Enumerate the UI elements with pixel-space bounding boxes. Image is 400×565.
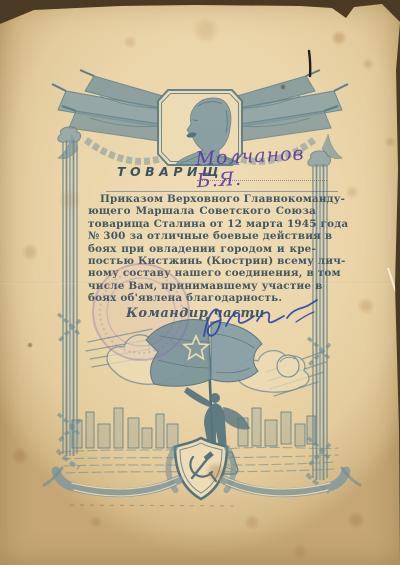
pen-mark (309, 51, 310, 76)
paper-sheet: ТОВАРИЩ Молчанов Б.Я. Приказом Верховног… (0, 0, 400, 565)
photograph-of-certificate: ТОВАРИЩ Молчанов Б.Я. Приказом Верховног… (0, 0, 400, 565)
ink-layer (0, 0, 400, 565)
commander-signature (204, 300, 317, 336)
ink-stamp (93, 264, 189, 360)
